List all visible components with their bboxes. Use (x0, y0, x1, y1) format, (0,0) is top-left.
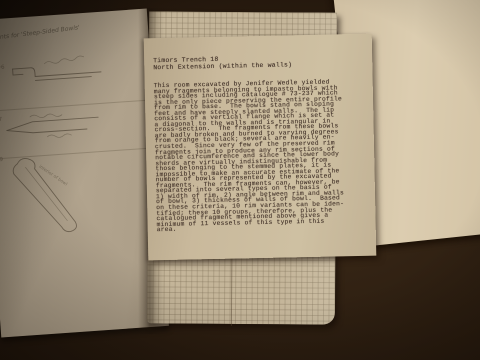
typed-report-sheet: Timors Trench 18 North Extension (within… (144, 34, 377, 261)
report-subtitle: North Extension (within the walls) (153, 61, 292, 71)
bowl-wall-drawing (0, 147, 101, 254)
rim-profile-drawing (0, 105, 116, 149)
rim-profile-drawing (0, 53, 116, 95)
sketch-label: #7 (0, 117, 2, 124)
sketch-label: #9 (0, 157, 3, 164)
pencil-sketch-bowl-wall: #9 interior of bowl (0, 147, 102, 259)
pencil-sketch-rim-profile-2: #7 (0, 105, 116, 154)
handwritten-note: …ments for 'Steep-Sided Bowls' (0, 18, 134, 43)
report-body-text: This room excavated by Jenifer Wedle yie… (154, 79, 369, 233)
pencil-sketch-rim-profile-1: #6 (0, 53, 116, 100)
photo-of-notebook-and-report: …ments for 'Steep-Sided Bowls' #6 #7 #9 (0, 0, 480, 360)
sketch-label: #6 (0, 65, 5, 72)
